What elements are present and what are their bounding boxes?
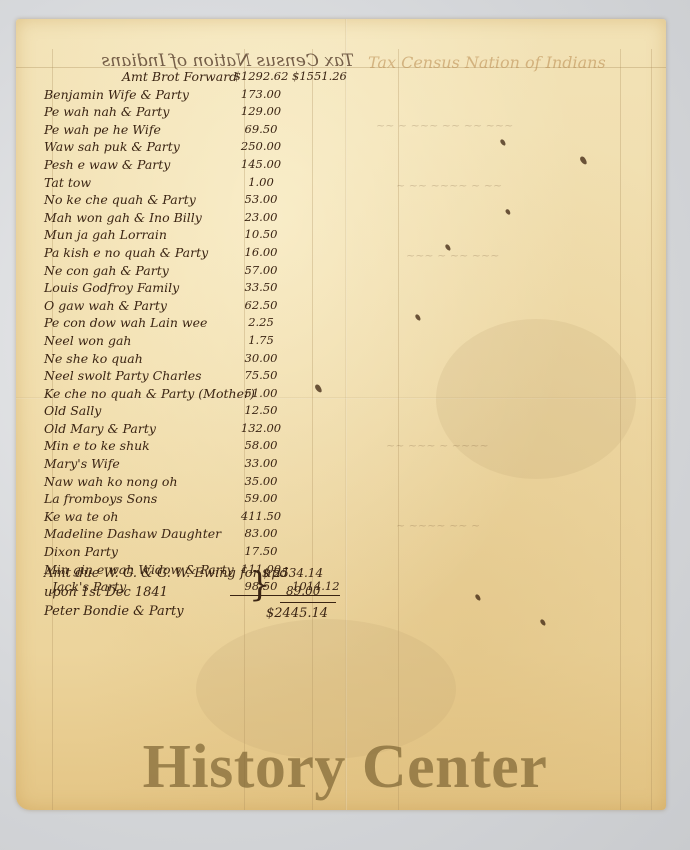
ledger-row: Benjamin Wife & Party173.00 <box>44 87 344 105</box>
entry-amount: 83.00 <box>230 526 292 540</box>
amount-due: $ 2534.14 <box>262 566 323 580</box>
entry-name: Naw wah ko nong oh <box>44 474 178 489</box>
entry-name: Ke che no quah & Party (Mother) <box>44 386 255 401</box>
entry-amount: 62.50 <box>230 298 292 312</box>
entry-name: Benjamin Wife & Party <box>44 87 189 102</box>
entry-name: Dixon Party <box>44 544 118 559</box>
entry-amount: 1.00 <box>230 175 292 189</box>
ink-spot <box>579 155 588 165</box>
watermark: History Center <box>0 732 690 803</box>
ledger-row: Min e to ke shuk58.00 <box>44 438 344 456</box>
entry-amount: 23.00 <box>230 210 292 224</box>
entry-amount: 53.00 <box>230 192 292 206</box>
entry-name: O gaw wah & Party <box>44 298 167 313</box>
entry-name: Pe wah nah & Party <box>44 104 169 119</box>
ledger-row: Waw sah puk & Party250.00 <box>44 139 344 157</box>
ledger-row: Tat tow1.00 <box>44 175 344 193</box>
ledger-row: Ke che no quah & Party (Mother)51.00 <box>44 386 344 404</box>
entry-amount: 411.50 <box>230 509 292 523</box>
ink-spot <box>414 313 421 321</box>
brought-forward-amount: $1292.62 <box>230 69 292 83</box>
grand-total: $2445.14 <box>266 606 328 621</box>
ledger-row: Pe wah nah & Party129.00 <box>44 104 344 122</box>
ledger-row: Pe con dow wah Lain wee2.25 <box>44 315 344 333</box>
entry-amount: 250.00 <box>230 139 292 153</box>
entry-amount: 1.75 <box>230 333 292 347</box>
ledger-row: No ke che quah & Party53.00 <box>44 192 344 210</box>
ledger-row: Louis Godfroy Family33.50 <box>44 280 344 298</box>
entry-name: Mun ja gah Lorrain <box>44 227 167 242</box>
entry-name: Ke wa te oh <box>44 509 118 524</box>
ink-spot <box>474 593 481 601</box>
ledger-row: Naw wah ko nong oh35.00 <box>44 474 344 492</box>
entry-name: Pesh e waw & Party <box>44 157 170 172</box>
entry-name: Louis Godfroy Family <box>44 280 179 295</box>
ledger-row: Dixon Party17.50 <box>44 544 344 562</box>
entry-name: Mah won gah & Ino Billy <box>44 210 202 225</box>
entry-name: Ne she ko quah <box>44 351 143 366</box>
entry-name: Pe con dow wah Lain wee <box>44 315 207 330</box>
entry-name: Madeline Dashaw Daughter <box>44 526 221 541</box>
entry-name: Old Sally <box>44 403 101 418</box>
column-rule <box>651 49 652 810</box>
entry-name: Neel won gah <box>44 333 131 348</box>
ledger-row: Neel swolt Party Charles75.50 <box>44 368 344 386</box>
entry-name: Old Mary & Party <box>44 421 156 436</box>
entry-name: Ne con gah & Party <box>44 263 169 278</box>
entry-name: Waw sah puk & Party <box>44 139 180 154</box>
ink-spot <box>505 208 512 215</box>
entry-amount: 75.50 <box>230 368 292 382</box>
ledger-summary: Amt due W. G. & G. W. Ewing for upd upon… <box>44 566 364 623</box>
entry-amount: 2.25 <box>230 315 292 329</box>
entry-amount: 145.00 <box>230 157 292 171</box>
ledger-row: Madeline Dashaw Daughter83.00 <box>44 526 344 544</box>
entry-name: Tat tow <box>44 175 91 190</box>
entry-amount: 30.00 <box>230 351 292 365</box>
entry-name: Pa kish e no quah & Party <box>44 245 208 260</box>
entry-amount: 17.50 <box>230 544 292 558</box>
total-rule <box>280 602 336 603</box>
ink-spot <box>499 138 506 146</box>
entry-amount: 10.50 <box>230 227 292 241</box>
ledger-row: Old Sally12.50 <box>44 403 344 421</box>
entry-amount: 69.50 <box>230 122 292 136</box>
ledger-row: Ne con gah & Party57.00 <box>44 263 344 281</box>
ledger-row: Pesh e waw & Party145.00 <box>44 157 344 175</box>
entry-amount: 33.50 <box>230 280 292 294</box>
entry-amount: 51.00 <box>230 386 292 400</box>
entry-amount: 173.00 <box>230 87 292 101</box>
entry-amount: 59.00 <box>230 491 292 505</box>
entry-name: Neel swolt Party Charles <box>44 368 202 383</box>
entry-amount: 35.00 <box>230 474 292 488</box>
entry-amount: 12.50 <box>230 403 292 417</box>
entry-name: Mary's Wife <box>44 456 120 471</box>
entry-amount: 132.00 <box>230 421 292 435</box>
water-stain <box>436 319 636 479</box>
ink-spot <box>539 618 546 626</box>
entry-amount: 58.00 <box>230 438 292 452</box>
ledger-row: Pa kish e no quah & Party16.00 <box>44 245 344 263</box>
ledger-entries: Amt Brot Forward $1292.62 $1551.26 Benja… <box>44 69 344 597</box>
mirrored-title: Tax Census Nation of Indians <box>34 51 354 71</box>
ledger-header-row: Amt Brot Forward $1292.62 $1551.26 <box>44 69 344 87</box>
bleedthrough-title: Tax Census Nation of Indians <box>368 53 658 72</box>
ledger-row: Mah won gah & Ino Billy23.00 <box>44 210 344 228</box>
entry-name: No ke che quah & Party <box>44 192 196 207</box>
brought-forward-amount-2: $1551.26 <box>292 69 347 83</box>
ledger-row: Neel won gah1.75 <box>44 333 344 351</box>
ledger-row: Pe wah pe he Wife69.50 <box>44 122 344 140</box>
entry-amount: 16.00 <box>230 245 292 259</box>
ledger-row: O gaw wah & Party62.50 <box>44 298 344 316</box>
entry-name: Pe wah pe he Wife <box>44 122 161 137</box>
ledger-row: La fromboys Sons59.00 <box>44 491 344 509</box>
ledger-row: Ne she ko quah30.00 <box>44 351 344 369</box>
entry-name: Min e to ke shuk <box>44 438 150 453</box>
brought-forward-label: Amt Brot Forward <box>122 69 237 84</box>
ledger-row: Old Mary & Party132.00 <box>44 421 344 439</box>
peter-bondie-amount: 89.00 <box>286 584 320 598</box>
ledger-row: Mary's Wife33.00 <box>44 456 344 474</box>
entry-amount: 129.00 <box>230 104 292 118</box>
ledger-row: Mun ja gah Lorrain10.50 <box>44 227 344 245</box>
entry-amount: 57.00 <box>230 263 292 277</box>
ledger-row: Ke wa te oh411.50 <box>44 509 344 527</box>
entry-name: La fromboys Sons <box>44 491 157 506</box>
entry-amount: 33.00 <box>230 456 292 470</box>
